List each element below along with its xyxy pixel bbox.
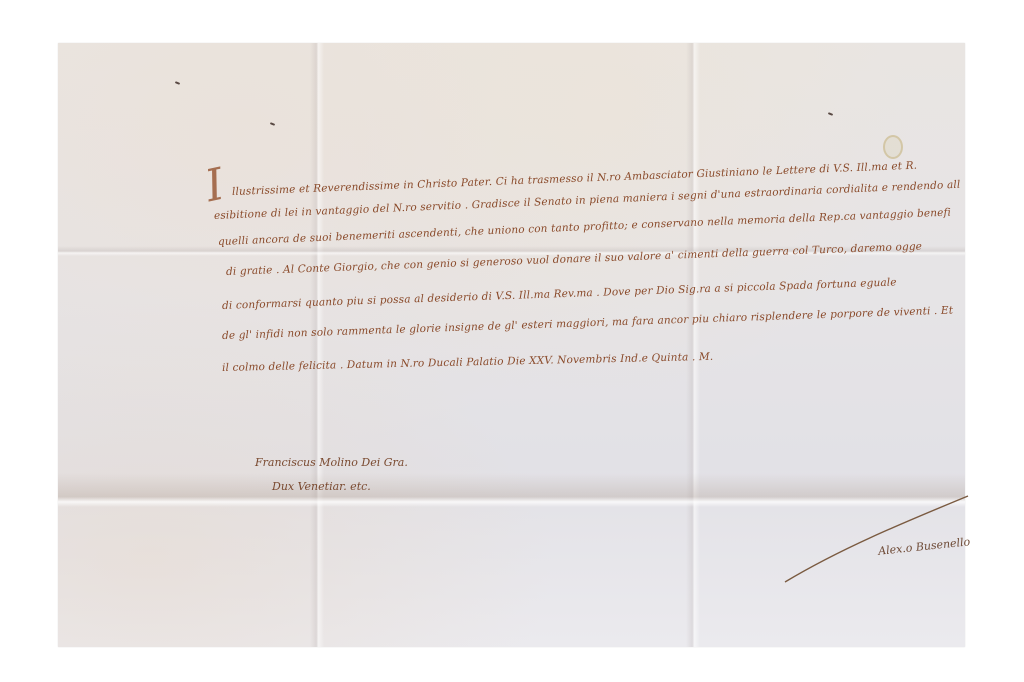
vertical-fold-left xyxy=(310,43,324,647)
ink-speck xyxy=(270,122,275,126)
vertical-fold-right xyxy=(686,43,700,647)
signature-line-2: Dux Venetiar. etc. xyxy=(272,480,371,493)
signature-line-1: Franciscus Molino Dei Gra. xyxy=(255,456,408,469)
ink-speck xyxy=(828,112,833,116)
paper-stain xyxy=(883,135,903,159)
ink-speck xyxy=(175,81,180,85)
